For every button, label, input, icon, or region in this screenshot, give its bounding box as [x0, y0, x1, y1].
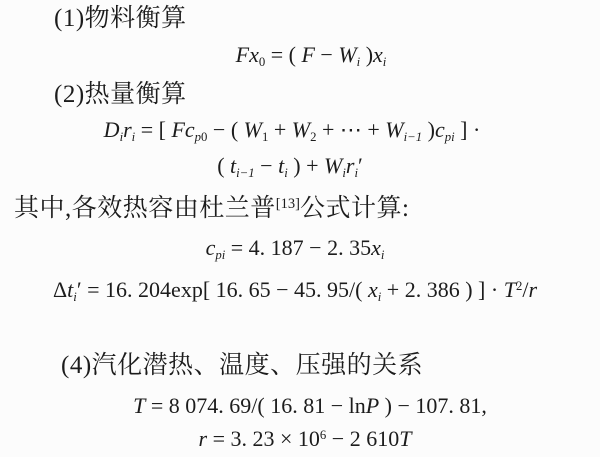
formula-fragment: + 2. 386 ) ] ·	[381, 277, 503, 302]
formula-fragment: P	[366, 393, 379, 418]
section-heading-material-balance: (1)物料衡算	[54, 3, 187, 34]
formula-fragment: c	[206, 235, 216, 260]
formula-fragment: W	[244, 117, 262, 142]
formula-fragment: T	[399, 426, 411, 451]
formula-fragment: i−1	[236, 166, 255, 180]
formula-fragment: ′ = 16. 204exp[ 16. 65 − 45. 95/(	[77, 277, 368, 302]
formula-fragment: − 2 610	[326, 426, 399, 451]
document-page: (1)物料衡算 Fx0 = ( F − Wi )xi (2)热量衡算 Diri …	[0, 0, 600, 457]
formula-fragment: Fx	[236, 42, 259, 67]
formula-fragment: −	[255, 153, 278, 178]
formula-specific-heat: cpi = 4. 187 − 2. 35xi	[0, 235, 595, 263]
formula-fragment: i−1	[404, 130, 423, 144]
formula-fragment: ) +	[288, 153, 324, 178]
formula-fragment: W	[338, 42, 356, 67]
formula-temperature-pressure: T = 8 074. 69/( 16. 81 − lnP ) − 107. 81…	[10, 393, 600, 419]
formula-fragment: r	[199, 426, 208, 451]
formula-fragment: 其中,各效热容由杜兰普	[14, 195, 276, 222]
formula-fragment: pi	[445, 130, 455, 144]
formula-fragment: = 3. 23 × 10	[207, 426, 320, 451]
formula-fragment: )	[360, 42, 373, 67]
formula-fragment: T	[133, 393, 145, 418]
formula-fragment: = 4. 187 − 2. 35	[225, 235, 371, 260]
formula-fragment: i	[383, 55, 387, 69]
formula-fragment: W	[292, 117, 310, 142]
formula-fragment: ] ·	[455, 117, 481, 142]
paragraph-duhring-reference: 其中,各效热容由杜兰普[13]公式计算:	[14, 193, 409, 224]
section-heading-heat-balance: (2)热量衡算	[54, 79, 187, 110]
formula-fragment: x	[368, 277, 378, 302]
formula-fragment: (	[217, 153, 230, 178]
formula-fragment: ) − 107. 81,	[379, 393, 487, 418]
formula-fragment: Δ	[53, 277, 67, 302]
formula-boiling-point-rise: Δti′ = 16. 204exp[ 16. 65 − 45. 95/( xi …	[0, 277, 595, 305]
formula-fragment: W	[324, 153, 342, 178]
formula-fragment: [13]	[276, 196, 300, 212]
formula-material-balance: Fx0 = ( F − Wi )xi	[11, 42, 600, 70]
formula-fragment: r	[123, 117, 132, 142]
formula-fragment: − (	[207, 117, 243, 142]
formula-fragment: = [	[135, 117, 171, 142]
formula-fragment: c	[435, 117, 445, 142]
formula-fragment: −	[315, 42, 338, 67]
formula-fragment: Fc	[171, 117, 194, 142]
formula-fragment: pi	[215, 248, 225, 262]
formula-fragment: + ⋯ +	[316, 117, 385, 142]
formula-fragment: D	[104, 117, 120, 142]
formula-heat-balance-line1: Diri = [ Fcp0 − ( W1 + W2 + ⋯ + Wi−1 )cp…	[0, 117, 592, 145]
formula-fragment: = 8 074. 69/( 16. 81 − ln	[145, 393, 365, 418]
formula-heat-balance-line2: ( ti−1 − ti ) + Wiri′	[0, 153, 590, 181]
formula-fragment: +	[268, 117, 291, 142]
formula-fragment: i	[381, 248, 385, 262]
formula-fragment: = (	[265, 42, 301, 67]
formula-fragment: ′	[358, 153, 363, 178]
formula-fragment: r	[528, 277, 537, 302]
formula-fragment: x	[373, 42, 383, 67]
formula-fragment: F	[301, 42, 314, 67]
formula-fragment: 公式计算:	[300, 195, 409, 222]
formula-fragment: )	[422, 117, 435, 142]
formula-latent-heat: r = 3. 23 × 106 − 2 610T	[5, 426, 600, 452]
formula-fragment: x	[371, 235, 381, 260]
formula-fragment: W	[385, 117, 403, 142]
formula-fragment: T	[504, 277, 516, 302]
section-heading-latent-heat-relation: (4)汽化潜热、温度、压强的关系	[61, 350, 423, 381]
